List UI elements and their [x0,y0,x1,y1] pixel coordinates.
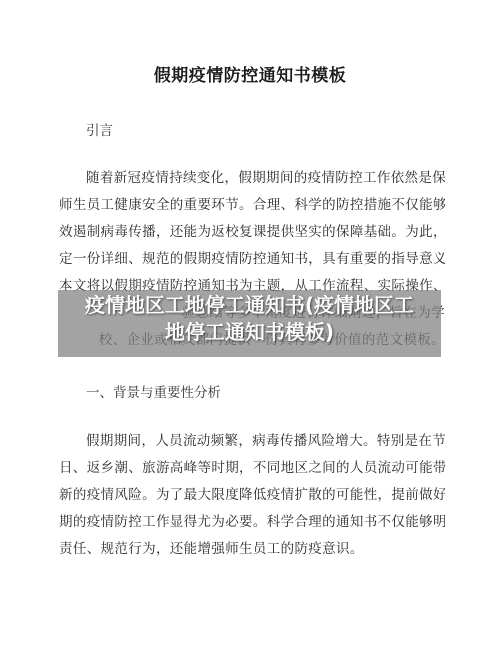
background-paragraph: 假期期间，人员流动频繁，病毒传播风险增大。特别是在节假 日、返乡潮、旅游高峰等时… [59,428,445,563]
text-line: 效遏制病毒传播，还能为返校复课提供坚实的保障基础。为此，制 [59,219,445,246]
text-line: 日、返乡潮、旅游高峰等时期，不同地区之间的人员流动可能带来 [59,455,445,482]
overlay-title-line-1: 疫情地区工地停工通知书(疫情地区工 [58,292,441,319]
document-title: 假期疫情防控通知书模板 [0,61,500,86]
text-line: 随着新冠疫情持续变化，假期期间的疫情防控工作依然是保障 [59,165,445,192]
overlay-title: 疫情地区工地停工通知书(疫情地区工 地停工通知书模板) [58,292,441,346]
text-line: 期的疫情防控工作显得尤为必要。科学合理的通知书不仅能够明确 [59,509,445,536]
overlay-title-line-2: 地停工通知书模板) [58,319,441,346]
document-page: 假期疫情防控通知书模板 引言 随着新冠疫情持续变化，假期期间的疫情防控工作依然是… [0,0,500,647]
section-heading-background: 一、背景与重要性分析 [86,381,221,401]
text-line: 师生员工健康安全的重要环节。合理、科学的防控措施不仅能够有 [59,192,445,219]
text-line: 新的疫情风险。为了最大限度降低疫情扩散的可能性，提前做好假 [59,482,445,509]
text-line: 责任、规范行为，还能增强师生员工的防疫意识。 [59,536,445,563]
text-line: 假期期间，人员流动频繁，病毒传播风险增大。特别是在节假 [59,428,445,455]
text-line: 定一份详细、规范的假期疫情防控通知书，具有重要的指导意义。 [59,246,445,273]
section-heading-intro: 引言 [86,119,113,139]
